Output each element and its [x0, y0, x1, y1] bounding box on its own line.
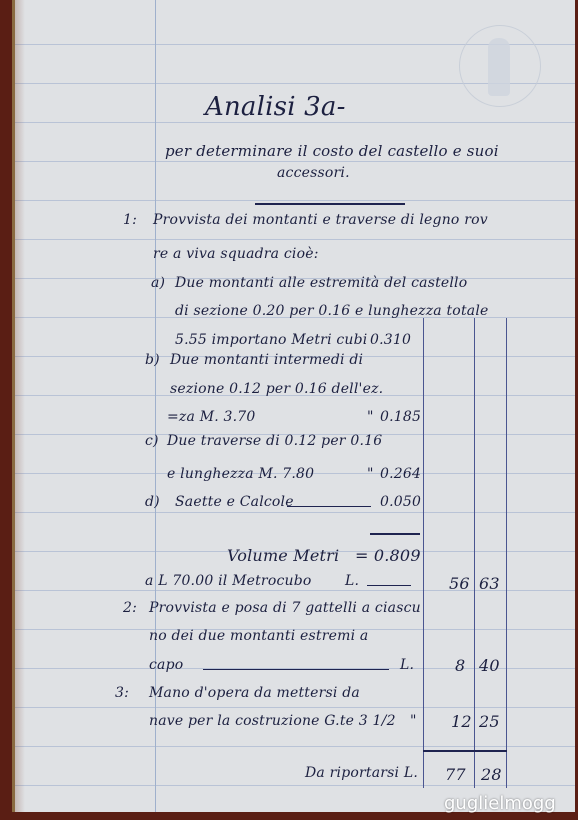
- column-divider: [506, 318, 507, 788]
- item-number: 2:: [123, 600, 137, 616]
- leader-line: [203, 669, 389, 670]
- subitem-text: sezione 0.12 per 0.16 dell'ez.: [170, 381, 383, 397]
- subitem-text: Due montanti intermedi di: [170, 352, 363, 368]
- amount-lire: 56: [449, 574, 470, 593]
- item-number: 1:: [123, 212, 137, 228]
- total-line: [423, 750, 507, 752]
- subitem-value: 0.264: [380, 466, 421, 482]
- item-text: no dei due montanti estremi a: [149, 628, 368, 644]
- ditto-mark: ": [367, 409, 374, 425]
- column-divider: [474, 318, 475, 788]
- subitem-letter: b): [145, 352, 160, 368]
- item-text: nave per la costruzione G.te 3 1/2: [149, 713, 396, 729]
- subitem-text: Saette e Calcole: [175, 494, 294, 510]
- subtitle-continued: accessori.: [277, 165, 350, 181]
- watermark: guglielmogg: [444, 793, 556, 814]
- subitem-letter: c): [145, 433, 159, 449]
- currency-mark: L.: [345, 573, 359, 589]
- total-lire: 77: [445, 765, 466, 784]
- subitem-letter: d): [145, 494, 160, 510]
- amount-cent: 40: [479, 656, 500, 675]
- subitem-value: 0.050: [380, 494, 421, 510]
- rate-line: a L 70.00 il Metrocubo: [145, 573, 312, 589]
- title-divider: [255, 203, 405, 205]
- subitem-text: 5.55 importano Metri cubi: [175, 332, 368, 348]
- ditto-mark: ": [410, 713, 417, 729]
- item-text: Provvista e posa di 7 gattelli a ciascu: [149, 600, 421, 616]
- subitem-value: 0.310: [370, 332, 411, 348]
- volume-value: = 0.809: [355, 546, 421, 565]
- amount-lire: 8: [455, 656, 465, 675]
- subitem-text: e lunghezza M. 7.80: [167, 466, 314, 482]
- page-title: Analisi 3a-: [205, 92, 346, 122]
- item-text: re a viva squadra cioè:: [153, 246, 319, 262]
- item-text: Provvista dei montanti e traverse di leg…: [153, 212, 488, 228]
- amount-cent: 63: [479, 574, 500, 593]
- subitem-text: Due montanti alle estremità del castello: [175, 275, 467, 291]
- total-label: Da riportarsi L.: [305, 765, 418, 781]
- item-text: capo: [149, 657, 183, 673]
- subitem-text: =za M. 3.70: [167, 409, 256, 425]
- ditto-mark: ": [367, 466, 374, 482]
- subitem-text: di sezione 0.20 per 0.16 e lunghezza tot…: [175, 303, 488, 319]
- subitem-letter: a): [151, 275, 165, 291]
- amount-lire: 12: [451, 712, 472, 731]
- leader-line: [287, 506, 371, 507]
- item-text: Mano d'opera da mettersi da: [149, 685, 360, 701]
- item-number: 3:: [115, 685, 129, 701]
- subitem-value: 0.185: [380, 409, 421, 425]
- column-divider: [423, 318, 424, 788]
- volume-label: Volume Metri: [227, 546, 339, 565]
- subitem-text: Due traverse di 0.12 per 0.16: [167, 433, 382, 449]
- embossed-seal-icon: [459, 25, 541, 107]
- ledger-page: Analisi 3a- per determinare il costo del…: [12, 0, 575, 812]
- sum-line: [370, 533, 420, 535]
- amount-cent: 25: [479, 712, 500, 731]
- subtitle: per determinare il costo del castello e …: [165, 142, 499, 160]
- leader-line: [367, 585, 411, 586]
- total-cent: 28: [481, 765, 502, 784]
- currency-mark: L.: [400, 657, 414, 673]
